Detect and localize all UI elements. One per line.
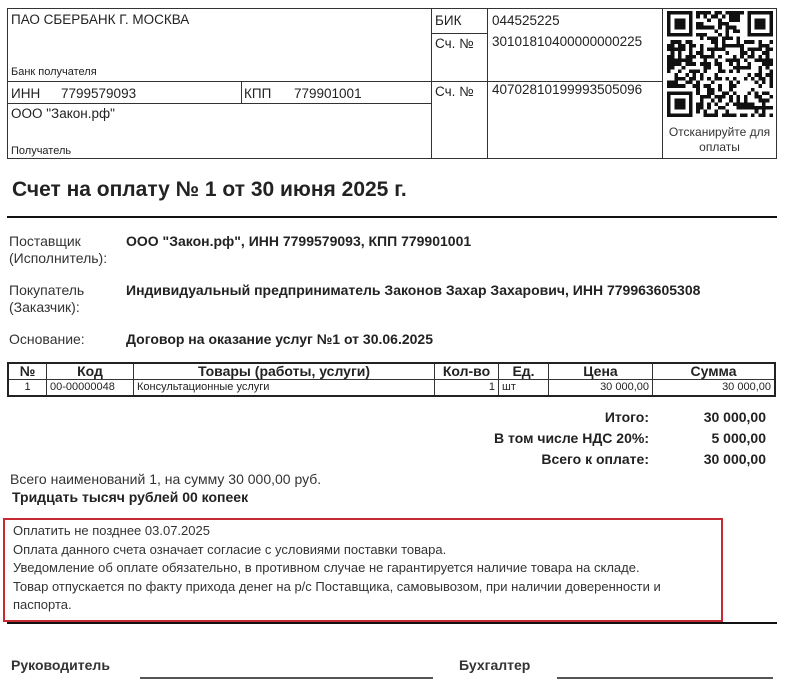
- col-goods: Товары (работы, услуги): [134, 363, 435, 380]
- col-number: №: [8, 363, 47, 380]
- subtotal-label: Итого:: [605, 409, 649, 425]
- col-code: Код: [47, 363, 134, 380]
- divider: [487, 9, 488, 158]
- cell-code: 00-00000048: [47, 380, 134, 397]
- recipient-name: ООО "Закон.рф": [11, 106, 115, 121]
- qr-code-icon: [667, 11, 773, 117]
- buyer-label-line-2: (Заказчик):: [9, 299, 84, 316]
- note-line: Товар отпускается по факту прихода денег…: [13, 578, 713, 615]
- recipient-label: Получатель: [11, 145, 71, 157]
- col-quantity: Кол-во: [435, 363, 499, 380]
- buyer-value: Индивидуальный предприниматель Законов З…: [126, 282, 700, 298]
- bank-name: ПАО СБЕРБАНК Г. МОСКВА: [11, 12, 189, 27]
- vat-label: В том числе НДС 20%:: [494, 430, 649, 446]
- inn-value: 7799579093: [61, 86, 136, 101]
- director-signature-line: [140, 677, 433, 679]
- cell-price: 30 000,00: [549, 380, 653, 397]
- bik-value: 044525225: [492, 13, 560, 28]
- divider: [241, 81, 242, 103]
- kpp-label: КПП: [244, 86, 271, 101]
- cell-goods: Консультационные услуги: [134, 380, 435, 397]
- cell-number: 1: [8, 380, 47, 397]
- bik-label: БИК: [435, 13, 461, 28]
- cell-quantity: 1: [435, 380, 499, 397]
- account-label: Сч. №: [435, 84, 474, 99]
- title-divider: [7, 216, 777, 218]
- items-header-row: № Код Товары (работы, услуги) Кол-во Ед.…: [8, 363, 775, 380]
- cell-unit: шт: [499, 380, 549, 397]
- accountant-label: Бухгалтер: [459, 657, 530, 673]
- buyer-label-line-1: Покупатель: [9, 282, 84, 299]
- divider: [8, 81, 431, 82]
- cell-sum: 30 000,00: [653, 380, 776, 397]
- note-line: Оплатить не позднее 03.07.2025: [13, 522, 713, 541]
- inn-label: ИНН: [11, 86, 40, 101]
- buyer-label: Покупатель (Заказчик):: [9, 282, 84, 316]
- account-value: 40702810199993505096: [492, 82, 642, 97]
- supplier-label: Поставщик (Исполнитель):: [9, 233, 107, 267]
- table-row: 1 00-00000048 Консультационные услуги 1 …: [8, 380, 775, 397]
- supplier-label-line-1: Поставщик: [9, 233, 107, 250]
- divider: [8, 103, 431, 104]
- items-summary: Всего наименований 1, на сумму 30 000,00…: [10, 471, 321, 487]
- col-unit: Ед.: [499, 363, 549, 380]
- director-label: Руководитель: [11, 657, 110, 673]
- note-line: Уведомление об оплате обязательно, в про…: [13, 559, 713, 578]
- total-value: 30 000,00: [704, 451, 766, 467]
- notes-divider: [7, 622, 777, 624]
- qr-caption: Отсканируйте для оплаты: [662, 125, 777, 155]
- supplier-value: ООО "Закон.рф", ИНН 7799579093, КПП 7799…: [126, 233, 471, 249]
- note-line: Оплата данного счета означает согласие с…: [13, 541, 713, 560]
- vat-value: 5 000,00: [712, 430, 767, 446]
- subtotal-value: 30 000,00: [704, 409, 766, 425]
- col-sum: Сумма: [653, 363, 776, 380]
- basis-value: Договор на оказание услуг №1 от 30.06.20…: [126, 331, 433, 347]
- items-table: № Код Товары (работы, услуги) Кол-во Ед.…: [7, 362, 776, 397]
- amount-in-words: Тридцать тысяч рублей 00 копеек: [12, 489, 248, 505]
- payment-notes: Оплатить не позднее 03.07.2025 Оплата да…: [3, 518, 723, 622]
- accountant-signature-line: [557, 677, 773, 679]
- kpp-value: 779901001: [294, 86, 362, 101]
- total-label: Всего к оплате:: [541, 451, 649, 467]
- basis-label: Основание:: [9, 331, 85, 348]
- supplier-label-line-2: (Исполнитель):: [9, 250, 107, 267]
- col-price: Цена: [549, 363, 653, 380]
- divider: [431, 33, 487, 34]
- corr-account-label: Сч. №: [435, 36, 474, 51]
- divider: [431, 9, 432, 158]
- corr-account-value: 30101810400000000225: [492, 34, 642, 49]
- bank-label: Банк получателя: [11, 66, 97, 78]
- page-title: Счет на оплату № 1 от 30 июня 2025 г.: [12, 178, 407, 202]
